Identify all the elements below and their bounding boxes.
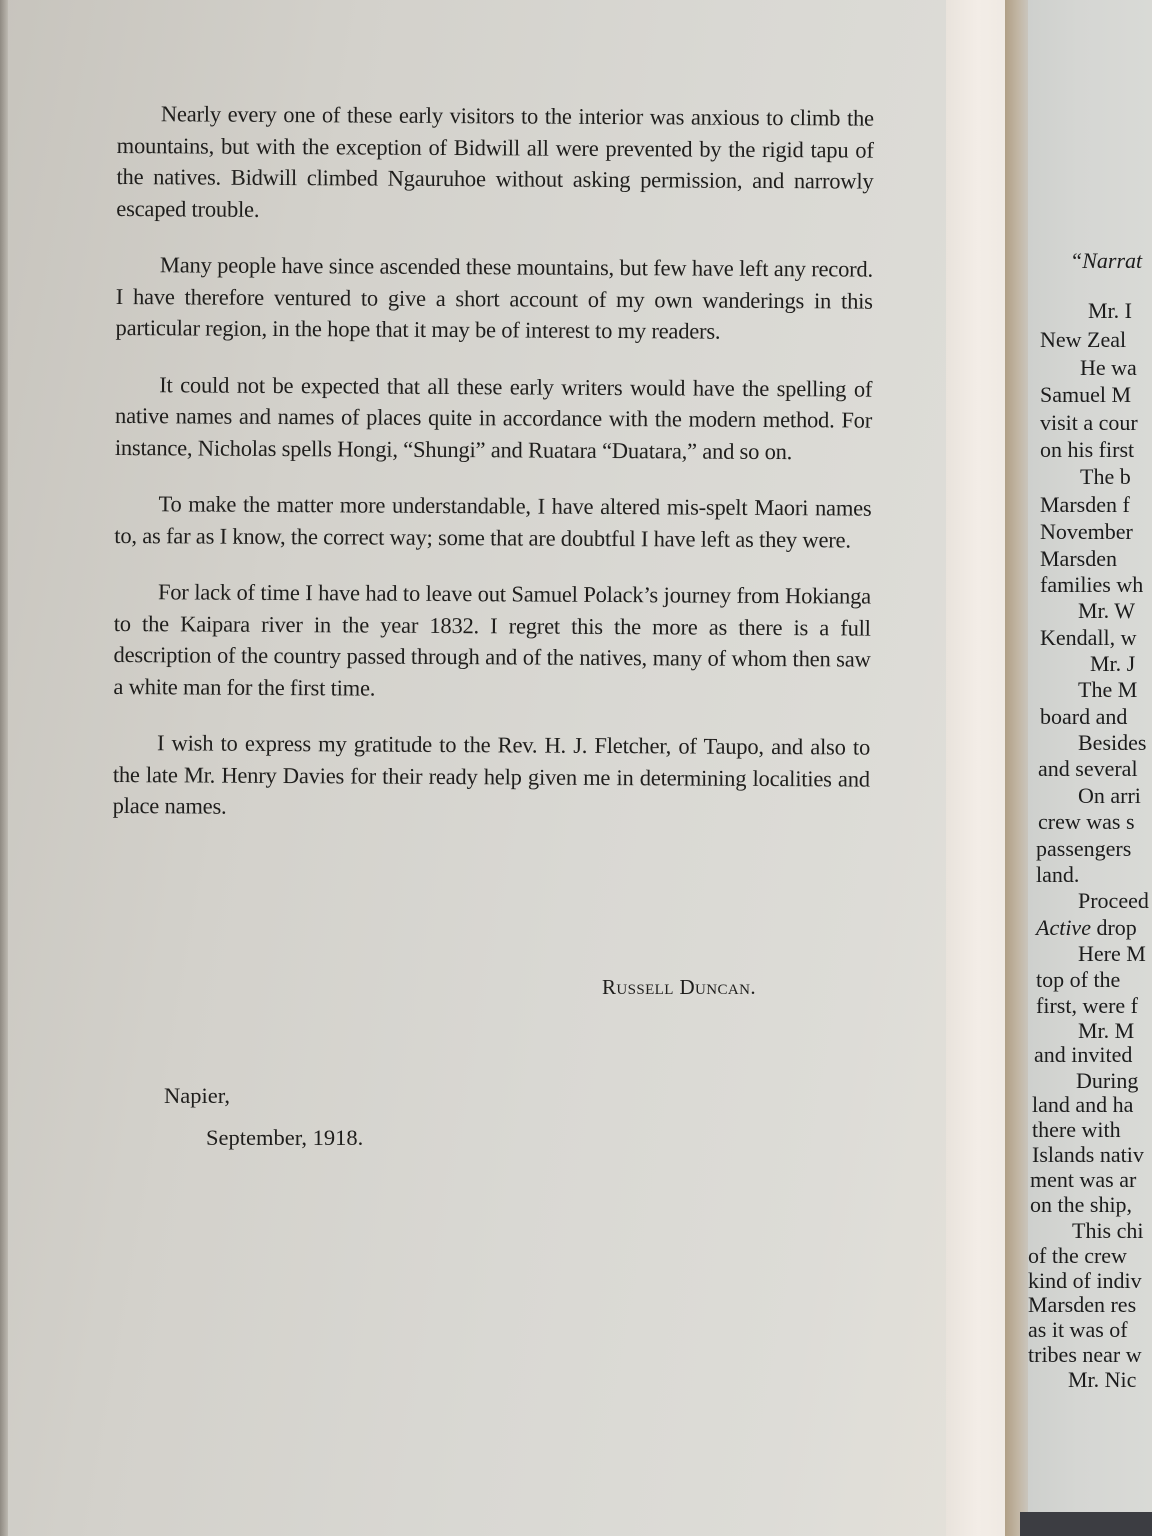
right-page-line: Mr. Nic [1068, 1367, 1136, 1393]
right-page-line: Besides [1078, 730, 1146, 756]
right-page: “NarratMr. INew ZealHe waSamuel Mvisit a… [1028, 0, 1152, 1536]
date-line: September, 1918. [206, 1125, 363, 1151]
place-line: Napier, [164, 1083, 230, 1109]
right-page-line: on his first [1040, 437, 1134, 463]
right-page-line: Mr. J [1090, 651, 1135, 677]
preface-text: Nearly every one of these early visitors… [112, 98, 874, 851]
right-page-line: Marsden res [1028, 1292, 1136, 1318]
right-page-line: there with [1032, 1117, 1121, 1143]
right-page-line: and invited [1034, 1042, 1132, 1068]
right-page-line: Active drop [1036, 915, 1137, 941]
right-page-line: “Narrat [1070, 248, 1142, 274]
right-page-line: visit a cour [1040, 410, 1138, 436]
right-page-line: Kendall, w [1040, 625, 1137, 651]
right-page-line: This chi [1072, 1218, 1144, 1244]
right-page-line: and several [1038, 756, 1138, 782]
right-page-line: board and [1040, 704, 1127, 730]
right-page-line: top of the [1036, 967, 1120, 993]
right-page-line: as it was of [1028, 1317, 1128, 1343]
right-page-line: Samuel M [1040, 382, 1131, 408]
left-page: Nearly every one of these early visitors… [0, 0, 946, 1536]
right-page-line: Marsden [1040, 546, 1117, 572]
right-page-line: kind of indiv [1028, 1268, 1142, 1294]
right-page-line: Islands nativ [1032, 1142, 1144, 1168]
right-page-line: On arri [1078, 783, 1141, 809]
right-page-line: tribes near w [1028, 1342, 1142, 1368]
paragraph-polack-journey: For lack of time I have had to leave out… [113, 576, 871, 707]
right-page-line: Proceed [1078, 888, 1149, 914]
right-page-line: The M [1078, 677, 1137, 703]
right-page-line: land and ha [1032, 1092, 1133, 1118]
right-page-line: The b [1080, 464, 1131, 490]
right-page-line: first, were f [1036, 993, 1138, 1019]
right-page-line: crew was s [1038, 809, 1135, 835]
right-page-line: Marsden f [1040, 492, 1130, 518]
right-page-line: During [1076, 1068, 1138, 1094]
right-page-line: Mr. M [1078, 1018, 1134, 1044]
right-page-line: He wa [1080, 355, 1137, 381]
right-page-line: passengers [1036, 836, 1131, 862]
right-page-line: families wh [1040, 572, 1143, 598]
page-edge-stack [946, 0, 1010, 1536]
right-page-line: of the crew [1028, 1243, 1127, 1269]
right-page-line: ment was ar [1030, 1167, 1136, 1193]
right-page-line: November [1040, 519, 1133, 545]
author-signature: Russell Duncan. [602, 975, 756, 1000]
right-page-line: land. [1036, 862, 1079, 888]
paragraph-gratitude: I wish to express my gratitude to the Re… [113, 727, 871, 826]
right-page-line: Mr. I [1088, 298, 1132, 324]
right-page-line: New Zeal [1040, 327, 1126, 353]
right-page-line: on the ship, [1030, 1192, 1132, 1218]
paragraph-spelling: It could not be expected that all these … [115, 368, 873, 467]
paragraph-maori-names: To make the matter more understandable, … [114, 488, 871, 556]
paragraph-record: Many people have since ascended these mo… [116, 249, 874, 348]
paragraph-mountain-climbing: Nearly every one of these early visitors… [116, 98, 874, 229]
right-page-line: Here M [1078, 941, 1146, 967]
right-page-line: Mr. W [1078, 598, 1135, 624]
background-surface [1020, 1512, 1152, 1536]
